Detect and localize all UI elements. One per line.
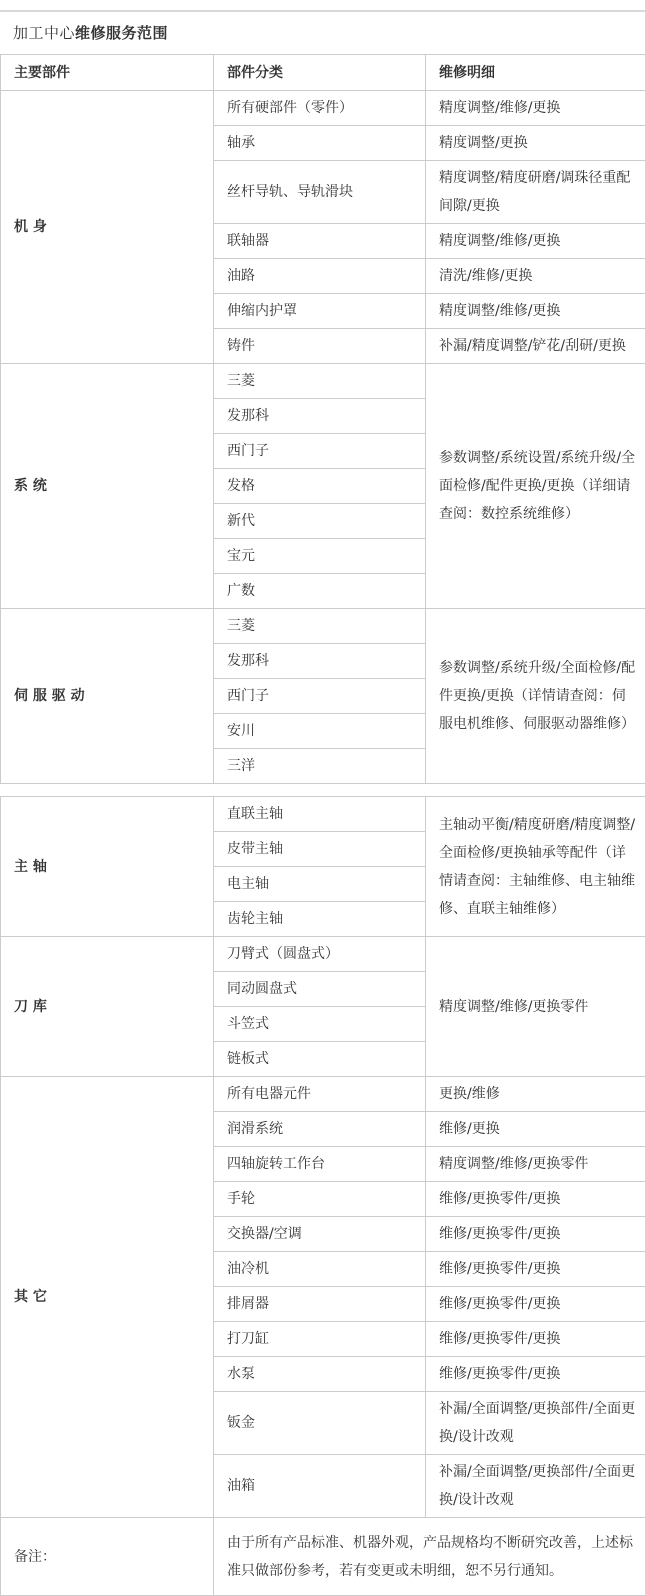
detail-cell: 维修/更换零件/更换 xyxy=(426,1217,645,1252)
part-cell: 齿轮主轴 xyxy=(214,902,426,937)
table-row: 伺 服 驱 动 三菱 参数调整/系统升级/全面检修/配件更换/更换（详情请查阅：… xyxy=(1,609,645,644)
part-cell: 油冷机 xyxy=(214,1252,426,1287)
section-name-cell: 其 它 xyxy=(1,1077,214,1518)
column-header-part-category: 部件分类 xyxy=(214,55,426,91)
detail-cell: 精度调整/维修/更换 xyxy=(426,294,645,329)
part-cell: 电主轴 xyxy=(214,867,426,902)
detail-cell: 维修/更换 xyxy=(426,1112,645,1147)
service-scope-table-lower: 主 轴 直联主轴 主轴动平衡/精度研磨/精度调整/全面检修/更换轴承等配件（详情… xyxy=(0,796,645,1596)
detail-cell: 补漏/全面调整/更换部件/全面更换/设计改观 xyxy=(426,1392,645,1455)
part-cell: 手轮 xyxy=(214,1182,426,1217)
table-row: 系 统 三菱 参数调整/系统设置/系统升级/全面检修/配件更换/更换（详细请查阅… xyxy=(1,364,645,399)
part-cell: 三菱 xyxy=(214,609,426,644)
detail-cell: 补漏/精度调整/铲花/刮研/更换 xyxy=(426,329,645,364)
page-title-emphasis: 维修服务范围 xyxy=(75,24,168,42)
part-cell: 轴承 xyxy=(214,126,426,161)
part-cell: 三菱 xyxy=(214,364,426,399)
table-row: 主 轴 直联主轴 主轴动平衡/精度研磨/精度调整/全面检修/更换轴承等配件（详情… xyxy=(1,797,645,832)
part-cell: 联轴器 xyxy=(214,224,426,259)
section-name-cell: 伺 服 驱 动 xyxy=(1,609,214,784)
part-cell: 直联主轴 xyxy=(214,797,426,832)
column-header-main-parts: 主要部件 xyxy=(1,55,214,91)
part-cell: 丝杆导轨、导轨滑块 xyxy=(214,161,426,224)
part-cell: 所有电器元件 xyxy=(214,1077,426,1112)
merged-detail-cell: 参数调整/系统升级/全面检修/配件更换/更换（详情请查阅：伺服电机维修、伺服驱动… xyxy=(426,609,645,784)
part-cell: 打刀缸 xyxy=(214,1322,426,1357)
part-cell: 润滑系统 xyxy=(214,1112,426,1147)
table-row: 刀 库 刀臂式（圆盘式） 精度调整/维修/更换零件 xyxy=(1,937,645,972)
part-cell: 发那科 xyxy=(214,644,426,679)
part-cell: 斗笠式 xyxy=(214,1007,426,1042)
part-cell: 广数 xyxy=(214,574,426,609)
part-cell: 发格 xyxy=(214,469,426,504)
section-name-cell: 机 身 xyxy=(1,91,214,364)
merged-detail-cell: 精度调整/维修/更换零件 xyxy=(426,937,645,1077)
part-cell: 刀臂式（圆盘式） xyxy=(214,937,426,972)
part-cell: 三洋 xyxy=(214,749,426,784)
part-cell: 宝元 xyxy=(214,539,426,574)
part-cell: 钣金 xyxy=(214,1392,426,1455)
page-title: 加工中心维修服务范围 xyxy=(0,12,645,54)
detail-cell: 精度调整/精度研磨/调珠径重配间隙/更换 xyxy=(426,161,645,224)
part-cell: 所有硬部件（零件） xyxy=(214,91,426,126)
part-cell: 四轴旋转工作台 xyxy=(214,1147,426,1182)
table-header-row: 主要部件 部件分类 维修明细 xyxy=(1,55,645,91)
detail-cell: 维修/更换零件/更换 xyxy=(426,1357,645,1392)
detail-cell: 精度调整/更换 xyxy=(426,126,645,161)
detail-cell: 精度调整/维修/更换 xyxy=(426,91,645,126)
part-cell: 交换器/空调 xyxy=(214,1217,426,1252)
service-scope-page: 加工中心维修服务范围 主要部件 部件分类 维修明细 机 身 所有硬部件（零件） … xyxy=(0,10,645,1596)
detail-cell: 清洗/维修/更换 xyxy=(426,259,645,294)
part-cell: 链板式 xyxy=(214,1042,426,1077)
part-cell: 伸缩内护罩 xyxy=(214,294,426,329)
column-header-repair-detail: 维修明细 xyxy=(426,55,645,91)
detail-cell: 补漏/全面调整/更换部件/全面更换/设计改观 xyxy=(426,1455,645,1518)
section-name-cell: 系 统 xyxy=(1,364,214,609)
part-cell: 皮带主轴 xyxy=(214,832,426,867)
part-cell: 油箱 xyxy=(214,1455,426,1518)
note-row: 备注： 由于所有产品标准、机器外观，产品规格均不断研究改善，上述标准只做部份参考… xyxy=(1,1518,645,1596)
table-row: 机 身 所有硬部件（零件） 精度调整/维修/更换 xyxy=(1,91,645,126)
detail-cell: 维修/更换零件/更换 xyxy=(426,1322,645,1357)
part-cell: 新代 xyxy=(214,504,426,539)
detail-cell: 精度调整/维修/更换零件 xyxy=(426,1147,645,1182)
part-cell: 同动圆盘式 xyxy=(214,972,426,1007)
service-scope-table-upper: 主要部件 部件分类 维修明细 机 身 所有硬部件（零件） 精度调整/维修/更换 … xyxy=(0,54,645,784)
part-cell: 油路 xyxy=(214,259,426,294)
note-label-cell: 备注： xyxy=(1,1518,214,1596)
detail-cell: 维修/更换零件/更换 xyxy=(426,1182,645,1217)
part-cell: 铸件 xyxy=(214,329,426,364)
detail-cell: 维修/更换零件/更换 xyxy=(426,1252,645,1287)
page-title-prefix: 加工中心 xyxy=(13,24,75,42)
table-row: 其 它 所有电器元件 更换/维修 xyxy=(1,1077,645,1112)
section-name-cell: 刀 库 xyxy=(1,937,214,1077)
part-cell: 西门子 xyxy=(214,434,426,469)
merged-detail-cell: 主轴动平衡/精度研磨/精度调整/全面检修/更换轴承等配件（详情请查阅：主轴维修、… xyxy=(426,797,645,937)
part-cell: 西门子 xyxy=(214,679,426,714)
part-cell: 安川 xyxy=(214,714,426,749)
part-cell: 发那科 xyxy=(214,399,426,434)
part-cell: 排屑器 xyxy=(214,1287,426,1322)
note-text-cell: 由于所有产品标准、机器外观，产品规格均不断研究改善，上述标准只做部份参考，若有变… xyxy=(214,1518,645,1596)
detail-cell: 更换/维修 xyxy=(426,1077,645,1112)
detail-cell: 精度调整/维修/更换 xyxy=(426,224,645,259)
part-cell: 水泵 xyxy=(214,1357,426,1392)
detail-cell: 维修/更换零件/更换 xyxy=(426,1287,645,1322)
merged-detail-cell: 参数调整/系统设置/系统升级/全面检修/配件更换/更换（详细请查阅：数控系统维修… xyxy=(426,364,645,609)
section-name-cell: 主 轴 xyxy=(1,797,214,937)
